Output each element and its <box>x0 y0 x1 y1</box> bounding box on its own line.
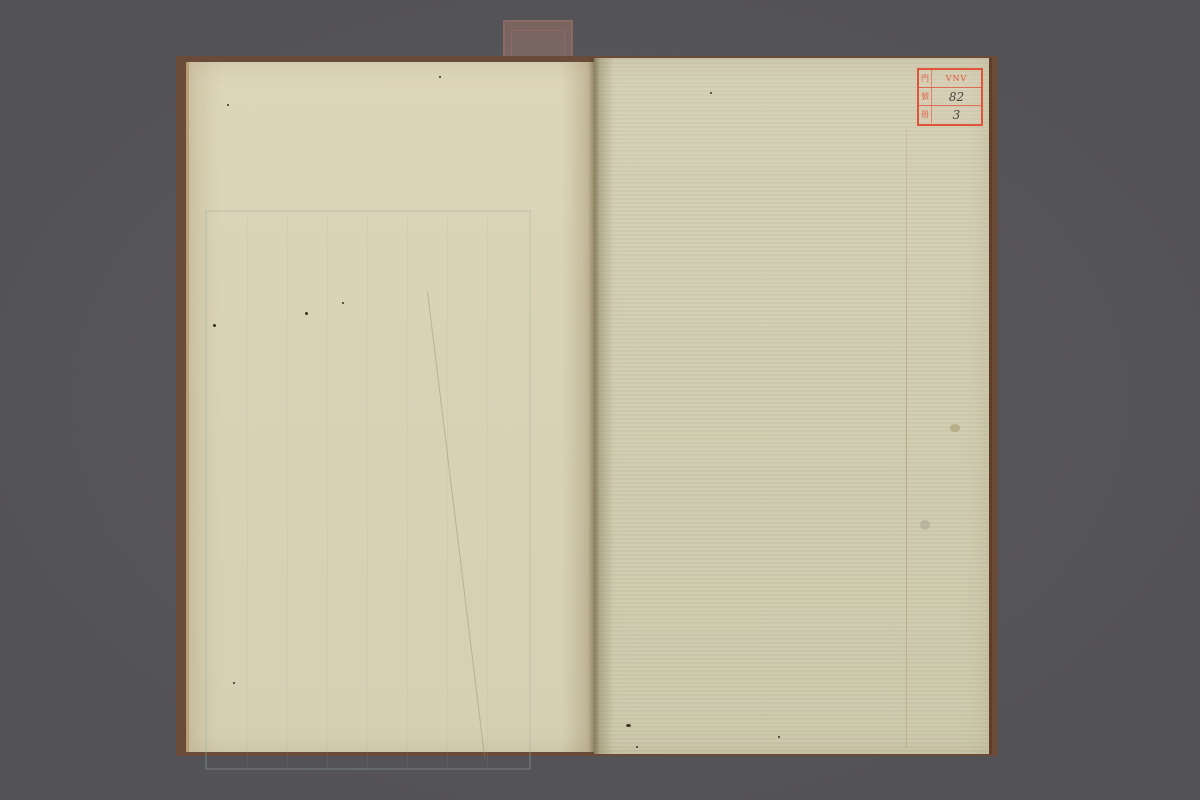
left-page <box>186 62 594 752</box>
stain <box>950 424 960 432</box>
paper-speck <box>213 324 216 327</box>
stain <box>920 520 930 530</box>
paper-speck <box>636 746 638 748</box>
paper-speck <box>710 92 712 94</box>
stamp-row-value: VNV <box>932 74 981 83</box>
paper-speck <box>342 302 344 304</box>
paper-speck <box>626 724 631 727</box>
stamp-row-value: 82 <box>932 90 981 104</box>
stamp-row-label: 號 <box>919 88 932 105</box>
stamp-row-value: 3 <box>932 108 981 122</box>
paper-speck <box>233 682 235 684</box>
paper-speck <box>778 736 780 738</box>
stamp-row: 門 VNV <box>919 70 981 88</box>
paper-speck <box>439 76 441 78</box>
stamp-row: 冊 3 <box>919 106 981 123</box>
stamp-row-label: 冊 <box>919 106 932 123</box>
bleed-through-print-frame <box>205 210 531 770</box>
stamp-row-label: 門 <box>919 70 932 87</box>
page-fold-line <box>906 128 907 748</box>
paper-speck <box>227 104 229 106</box>
right-page <box>594 58 992 754</box>
library-call-number-stamp: 門 VNV 號 82 冊 3 <box>917 68 983 126</box>
book-photo-scene: 門 VNV 號 82 冊 3 <box>0 0 1200 800</box>
paper-speck <box>305 312 308 315</box>
book-gutter <box>588 58 600 754</box>
stamp-row: 號 82 <box>919 88 981 106</box>
